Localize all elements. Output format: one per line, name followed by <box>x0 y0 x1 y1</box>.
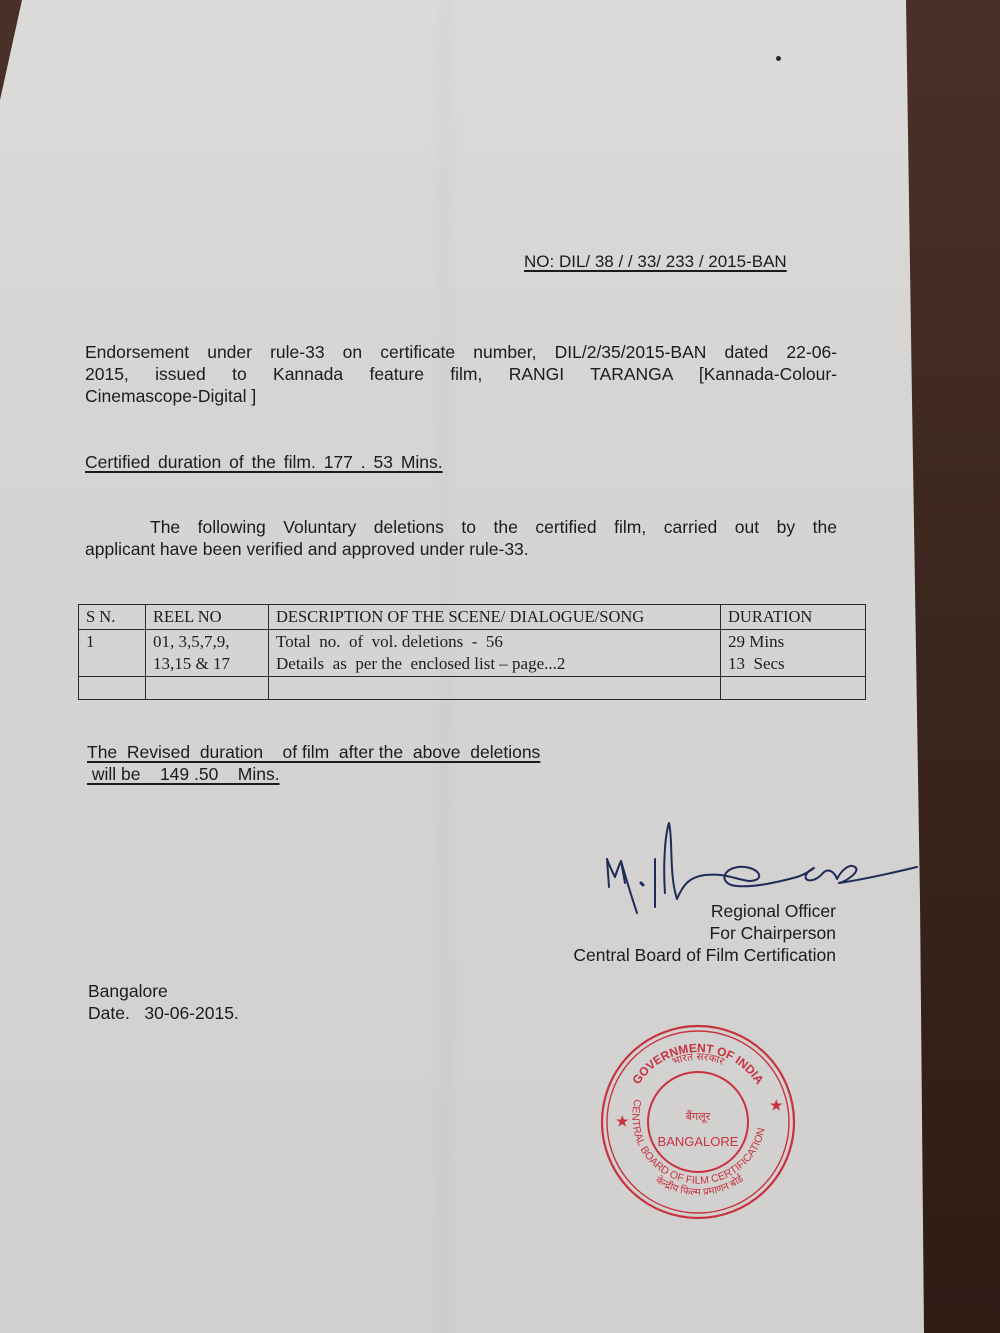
revised-duration: The Revised duration of film after the a… <box>87 741 540 785</box>
description-line: Total no. of vol. deletions - 56 <box>276 631 713 653</box>
header-duration: DURATION <box>721 605 866 630</box>
cell-sn: 1 <box>79 630 146 677</box>
signatory-title: For Chairperson <box>573 922 836 944</box>
table-header-row: S N. REEL NO DESCRIPTION OF THE SCENE/ D… <box>79 605 866 630</box>
place: Bangalore <box>88 980 239 1002</box>
stamp-star-icon: ★ <box>616 1113 629 1129</box>
stamp-center: BANGALORE <box>658 1134 739 1149</box>
date: Date. 30-06-2015. <box>88 1002 239 1024</box>
endorsement-line: 2015, issued to Kannada feature film, RA… <box>85 363 837 385</box>
cell-description: Total no. of vol. deletions - 56 Details… <box>269 630 721 677</box>
endorsement-paragraph: Endorsement under rule-33 on certificate… <box>85 341 837 407</box>
cell-reel-no: 01, 3,5,7,9, 13,15 & 17 <box>146 630 269 677</box>
description-line: Details as per the enclosed list – page.… <box>276 653 713 675</box>
header-description: DESCRIPTION OF THE SCENE/ DIALOGUE/SONG <box>269 605 721 630</box>
table-row: 1 01, 3,5,7,9, 13,15 & 17 Total no. of v… <box>79 630 866 677</box>
reel-no-line: 13,15 & 17 <box>153 653 261 675</box>
endorsement-line: Endorsement under rule-33 on certificate… <box>85 341 837 363</box>
stamp-outer-top: GOVERNMENT OF INDIA <box>629 1041 766 1087</box>
intro-line: The following Voluntary deletions to the… <box>85 516 837 538</box>
revised-line: will be 149 .50 Mins. <box>87 763 540 785</box>
endorsement-line: Cinemascope-Digital ] <box>85 385 837 407</box>
stamp-center-hindi: बैंगलूर <box>686 1110 711 1124</box>
cell-description <box>269 677 721 700</box>
official-stamp: भारत सरकार GOVERNMENT OF INDIA CENTRAL B… <box>598 1022 798 1222</box>
duration-line: 29 Mins <box>728 631 858 653</box>
deletions-intro-paragraph: The following Voluntary deletions to the… <box>85 516 837 560</box>
intro-line: applicant have been verified and approve… <box>85 538 837 560</box>
header-reel-no: REEL NO <box>146 605 269 630</box>
signatory-org: Central Board of Film Certification <box>573 944 836 966</box>
reference-number: NO: DIL/ 38 / / 33/ 233 / 2015-BAN <box>524 251 787 273</box>
reel-no-line: 01, 3,5,7,9, <box>153 631 261 653</box>
cell-sn <box>79 677 146 700</box>
signatory-block: Regional Officer For Chairperson Central… <box>573 900 836 966</box>
stamp-star-icon: ★ <box>770 1097 783 1113</box>
deletions-table: S N. REEL NO DESCRIPTION OF THE SCENE/ D… <box>78 604 866 700</box>
cell-duration: 29 Mins 13 Secs <box>721 630 866 677</box>
header-sn: S N. <box>79 605 146 630</box>
place-date-block: Bangalore Date. 30-06-2015. <box>88 980 239 1024</box>
cell-reel-no <box>146 677 269 700</box>
duration-line: 13 Secs <box>728 653 858 675</box>
certified-duration: Certified duration of the film. 177 . 53… <box>85 451 443 473</box>
cell-duration <box>721 677 866 700</box>
revised-line: The Revised duration of film after the a… <box>87 741 540 763</box>
ink-speck <box>776 56 781 61</box>
table-row <box>79 677 866 700</box>
signatory-title: Regional Officer <box>573 900 836 922</box>
